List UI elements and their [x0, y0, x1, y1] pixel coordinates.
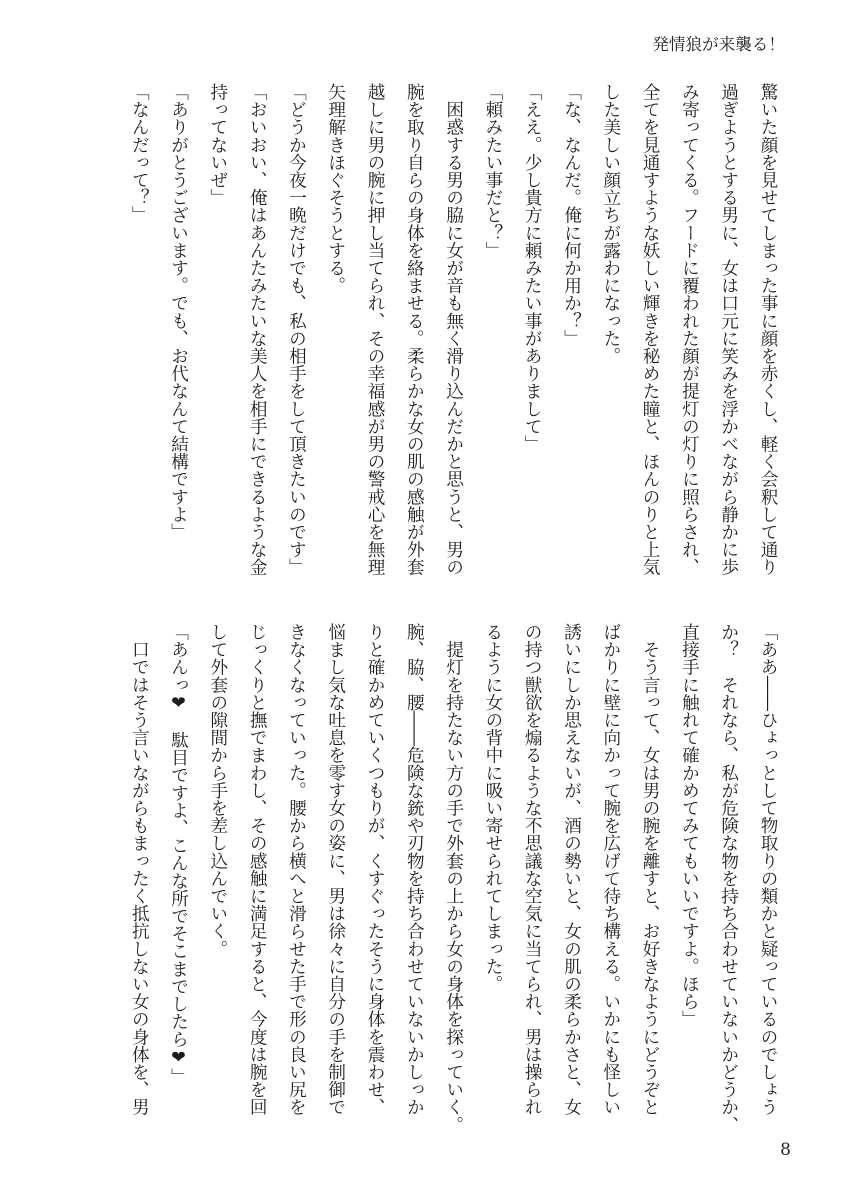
text-column: 越しに男の腕に押し当てられ、その幸福感が男の警戒心を無理: [355, 83, 394, 576]
book-page: 発情狼が来襲る！ 驚いた顔を見せてしまった事に顔を赤くし、軽く会釈して通り 過ぎ…: [0, 0, 857, 1200]
text-column: じっくりと撫でまわし、その感触に満足すると、今度は腕を回: [237, 623, 276, 1116]
text-column: るように女の背中に吸い寄せられてしまった。: [473, 623, 512, 1116]
text-column: 困惑する男の脇に女が音も無く滑り込んだかと思うと、男の: [433, 83, 472, 576]
page-number: 8: [780, 1138, 791, 1162]
text-column: 過ぎようとする男に、女は口元に笑みを浮かべながら静かに歩: [708, 83, 747, 576]
dialogue-column: 持ってないぜ」: [198, 83, 237, 576]
dialogue-column: 「あんっ❤ 駄目ですよ、こんな所でそこまでしたら❤」: [158, 623, 197, 1116]
text-column: した美しい顔立ちが露わになった。: [591, 83, 630, 576]
text-column: 腕を取り自らの身体を絡ませる。柔らかな女の肌の感触が外套: [394, 83, 433, 576]
dialogue-column: 「ええ。少し貴方に頼みたい事がありまして」: [512, 83, 551, 576]
dialogue-column: 「頼みたい事だと？」: [473, 83, 512, 576]
text-column: 全てを見通すような妖しい輝きを秘めた瞳と、ほんのりと上気: [630, 83, 669, 576]
running-header-title: 発情狼が来襲る！: [652, 34, 785, 56]
text-block-upper: 驚いた顔を見せてしまった事に顔を赤くし、軽く会釈して通り 過ぎようとする男に、女…: [119, 83, 787, 576]
dialogue-column: 「なんだって？」: [119, 83, 158, 576]
text-column: そう言って、女は男の腕を離すと、お好きなようにどうぞと: [630, 623, 669, 1116]
dialogue-column: 「ああ――ひょっとして物取りの類かと疑っているのでしょう: [748, 623, 787, 1116]
text-column: 口ではそう言いながらもまったく抵抗しない女の身体を、男: [119, 623, 158, 1116]
text-column: み寄ってくる。フードに覆われた顔が提灯の灯りに照らされ、: [669, 83, 708, 576]
text-column: 提灯を持たない方の手で外套の上から女の身体を探っていく。: [433, 623, 472, 1116]
text-block-lower: 「ああ――ひょっとして物取りの類かと疑っているのでしょう か？ それなら、私が危…: [119, 623, 787, 1116]
text-column: 誘いにしか思えないが、酒の勢いと、女の肌の柔らかさと、女: [551, 623, 590, 1116]
text-column: きなくなっていった。腰から横へと滑らせた手で形の良い尻を: [276, 623, 315, 1116]
text-column: して外套の隙間から手を差し込んでいく。: [198, 623, 237, 1116]
dialogue-column: 「おいおい、俺はあんたみたいな美人を相手にできるような金: [237, 83, 276, 576]
text-column: の持つ獣欲を煽るような不思議な空気に当てられ、男は操られ: [512, 623, 551, 1116]
dialogue-column: 「ありがとうございます。でも、お代なんて結構ですよ」: [158, 83, 197, 576]
text-column: 腕、脇、腰――危険な銃や刃物を持ち合わせていないかしっか: [394, 623, 433, 1116]
dialogue-column: 直接手に触れて確かめてみてもいいですよ。ほら」: [669, 623, 708, 1116]
dialogue-column: 「な、なんだ。俺に何か用か？」: [551, 83, 590, 576]
dialogue-column: か？ それなら、私が危険な物を持ち合わせていないかどうか、: [708, 623, 747, 1116]
text-column: 驚いた顔を見せてしまった事に顔を赤くし、軽く会釈して通り: [748, 83, 787, 576]
text-column: りと確かめていくつもりが、くすぐったそうに身体を震わせ、: [355, 623, 394, 1116]
text-column: 悩まし気な吐息を零す女の姿に、男は徐々に自分の手を制御で: [315, 623, 354, 1116]
dialogue-column: 「どうか今夜一晩だけでも、私の相手をして頂きたいのです」: [276, 83, 315, 576]
text-column: ばかりに壁に向かって腕を広げて待ち構える。いかにも怪しい: [591, 623, 630, 1116]
text-column: 矢理解きほぐそうとする。: [315, 83, 354, 576]
